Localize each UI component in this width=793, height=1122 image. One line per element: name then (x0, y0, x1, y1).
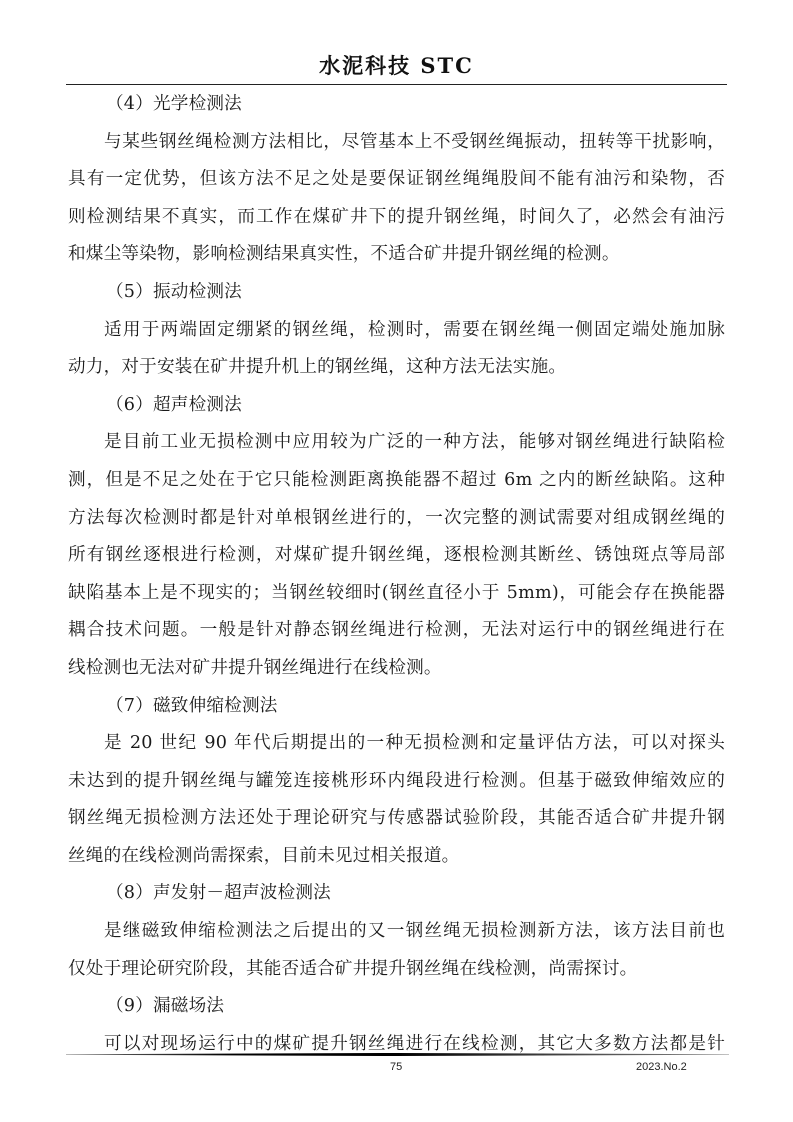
paragraph-line: 测，但是不足之处在于它只能检测距离换能器不超过 6m 之内的断丝缺陷。这种 (68, 462, 725, 500)
section-vibration-detection: （5）振动检测法 适用于两端固定绷紧的钢丝绳，检测时，需要在钢丝绳一侧固定端处施… (68, 274, 725, 387)
paragraph-line: 丝绳的在线检测尚需探索，目前未见过相关报道。 (68, 838, 725, 876)
paragraph-line: 缺陷基本上是不现实的；当钢丝较细时(钢丝直径小于 5mm)，可能会存在换能器 (68, 575, 725, 613)
paragraph-line: 是目前工业无损检测中应用较为广泛的一种方法，能够对钢丝绳进行缺陷检 (68, 424, 725, 462)
section-heading: （7）磁致伸缩检测法 (68, 688, 725, 726)
paragraph-line: 可以对现场运行中的煤矿提升钢丝绳进行在线检测，其它大多数方法都是针 (68, 1026, 725, 1064)
paragraph-line: 未达到的提升钢丝绳与罐笼连接桃形环内绳段进行检测。但基于磁致伸缩效应的 (68, 763, 725, 801)
section-heading: （4）光学检测法 (68, 86, 725, 124)
section-acoustic-emission-detection: （8）声发射－超声波检测法 是继磁致伸缩检测法之后提出的又一钢丝绳无损检测新方法… (68, 875, 725, 988)
paragraph-line: 动力，对于安装在矿井提升机上的钢丝绳，这种方法无法实施。 (68, 349, 725, 387)
section-heading: （8）声发射－超声波检测法 (68, 875, 725, 913)
section-heading: （9）漏磁场法 (68, 988, 725, 1026)
header-divider (66, 84, 727, 85)
paragraph-line: 则检测结果不真实，而工作在煤矿井下的提升钢丝绳，时间久了，必然会有油污 (68, 199, 725, 237)
section-heading: （6）超声检测法 (68, 387, 725, 425)
page-number: 75 (390, 1061, 402, 1073)
journal-title: 水泥科技 STC (0, 50, 793, 80)
paragraph-line: 所有钢丝逐根进行检测，对煤矿提升钢丝绳，逐根检测其断丝、锈蚀斑点等局部 (68, 537, 725, 575)
paragraph-line: 与某些钢丝绳检测方法相比，尽管基本上不受钢丝绳振动，扭转等干扰影响， (68, 124, 725, 162)
paragraph-line: 线检测也无法对矿井提升钢丝绳进行在线检测。 (68, 650, 725, 688)
paragraph-line: 适用于两端固定绷紧的钢丝绳，检测时，需要在钢丝绳一侧固定端处施加脉 (68, 312, 725, 350)
paragraph-line: 方法每次检测时都是针对单根钢丝进行的，一次完整的测试需要对组成钢丝绳的 (68, 500, 725, 538)
issue-label: 2023.No.2 (636, 1061, 687, 1073)
section-heading: （5）振动检测法 (68, 274, 725, 312)
paragraph-line: 耦合技术问题。一般是针对静态钢丝绳进行检测，无法对运行中的钢丝绳进行在 (68, 612, 725, 650)
paragraph-line: 是 20 世纪 90 年代后期提出的一种无损检测和定量评估方法，可以对探头 (68, 725, 725, 763)
section-optical-detection: （4）光学检测法 与某些钢丝绳检测方法相比，尽管基本上不受钢丝绳振动，扭转等干扰… (68, 86, 725, 274)
article-body: （4）光学检测法 与某些钢丝绳检测方法相比，尽管基本上不受钢丝绳振动，扭转等干扰… (68, 86, 725, 1063)
paragraph-line: 钢丝绳无损检测方法还处于理论研究与传感器试验阶段，其能否适合矿井提升钢 (68, 800, 725, 838)
section-magnetic-flux-leakage: （9）漏磁场法 可以对现场运行中的煤矿提升钢丝绳进行在线检测，其它大多数方法都是… (68, 988, 725, 1063)
section-ultrasonic-detection: （6）超声检测法 是目前工业无损检测中应用较为广泛的一种方法，能够对钢丝绳进行缺… (68, 387, 725, 688)
paragraph-line: 和煤尘等染物，影响检测结果真实性，不适合矿井提升钢丝绳的检测。 (68, 236, 725, 274)
paragraph-line: 仅处于理论研究阶段，其能否适合矿井提升钢丝绳在线检测，尚需探讨。 (68, 951, 725, 989)
paragraph-line: 是继磁致伸缩检测法之后提出的又一钢丝绳无损检测新方法，该方法目前也 (68, 913, 725, 951)
section-magnetostrictive-detection: （7）磁致伸缩检测法 是 20 世纪 90 年代后期提出的一种无损检测和定量评估… (68, 688, 725, 876)
paragraph-line: 具有一定优势，但该方法不足之处是要保证钢丝绳绳股间不能有油污和染物，否 (68, 161, 725, 199)
